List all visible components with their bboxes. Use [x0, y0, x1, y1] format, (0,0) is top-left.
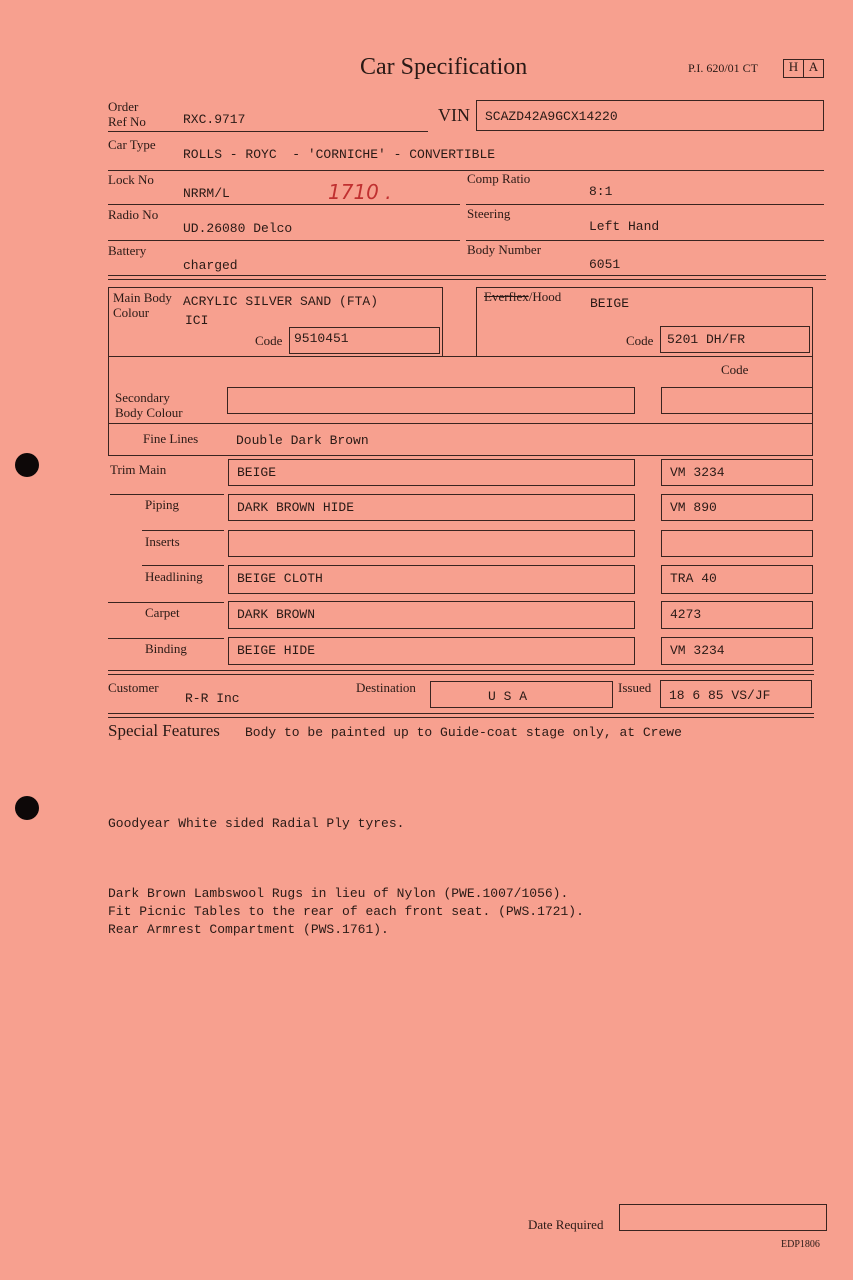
hood-code-field: 5201 DH/FR — [660, 326, 810, 353]
double-divider — [108, 670, 814, 675]
hood-code-value: 5201 DH/FR — [667, 332, 745, 347]
divider — [108, 204, 460, 205]
divider — [108, 170, 824, 171]
trim-code: 4273 — [670, 607, 701, 622]
comp-ratio-label: Comp Ratio — [467, 172, 530, 187]
form-reference: P.I. 620/01 CT — [688, 62, 758, 76]
trim-code-field: VM 890 — [661, 494, 813, 521]
trim-value-field: BEIGE — [228, 459, 635, 486]
double-divider — [108, 713, 814, 718]
trim-value-field: BEIGE CLOTH — [228, 565, 635, 594]
steering-label: Steering — [467, 207, 510, 222]
trim-value-field — [228, 530, 635, 557]
battery-value: charged — [183, 258, 238, 273]
car-type-value: ROLLS - ROYC - 'CORNICHE' - CONVERTIBLE — [183, 147, 495, 162]
main-body-value: ACRYLIC SILVER SAND (FTA) — [183, 294, 378, 309]
secondary-colour-field — [227, 387, 635, 414]
trim-code: VM 890 — [670, 500, 717, 515]
issued-value: 18 6 85 VS/JF — [669, 688, 770, 703]
hood-value: BEIGE — [590, 296, 629, 311]
trim-row-label: Headlining — [145, 570, 203, 585]
divider — [142, 530, 224, 531]
punch-hole — [15, 796, 39, 820]
main-body-label: Main Body Colour — [113, 291, 172, 321]
ref-box: H A — [783, 59, 824, 78]
hood-label: Everflex/Hood — [484, 290, 561, 305]
ref-box-cell: H — [784, 60, 804, 77]
hood-label-struck: Everflex — [484, 289, 529, 304]
body-number-label: Body Number — [467, 243, 541, 258]
trim-code-field: VM 3234 — [661, 637, 813, 665]
main-body-supplier: ICI — [185, 313, 208, 328]
double-divider — [108, 275, 826, 280]
special-feature-line: Dark Brown Lambswool Rugs in lieu of Nyl… — [108, 886, 568, 901]
trim-code-field: TRA 40 — [661, 565, 813, 594]
trim-value: BEIGE — [237, 465, 276, 480]
divider — [108, 638, 224, 639]
trim-code: VM 3234 — [670, 465, 725, 480]
punch-hole — [15, 453, 39, 477]
issued-field: 18 6 85 VS/JF — [660, 680, 812, 708]
radio-no-value: UD.26080 Delco — [183, 221, 292, 236]
divider — [108, 240, 460, 241]
lock-no-handwritten: 1710 . — [328, 180, 392, 204]
trim-code-field — [661, 530, 813, 557]
special-features-label: Special Features — [108, 721, 220, 741]
trim-row-label: Trim Main — [110, 463, 166, 478]
date-required-field — [619, 1204, 827, 1231]
fine-lines-value: Double Dark Brown — [236, 433, 369, 448]
order-ref-label: Order Ref No — [108, 100, 146, 130]
destination-value: U S A — [488, 689, 527, 704]
customer-label: Customer — [108, 681, 159, 696]
trim-row-label: Inserts — [145, 535, 180, 550]
trim-code: VM 3234 — [670, 643, 725, 658]
divider — [466, 240, 824, 241]
vin-field: SCAZD42A9GCX14220 — [476, 100, 824, 131]
trim-value: DARK BROWN — [237, 607, 315, 622]
vin-value: SCAZD42A9GCX14220 — [485, 109, 618, 124]
special-feature-line: Body to be painted up to Guide-coat stag… — [245, 725, 682, 740]
trim-row-label: Piping — [145, 498, 179, 513]
secondary-code-field — [661, 387, 813, 414]
page-title: Car Specification — [360, 54, 527, 82]
vin-label: VIN — [438, 105, 470, 126]
trim-code-field: 4273 — [661, 601, 813, 629]
main-code-value: 9510451 — [294, 331, 349, 346]
battery-label: Battery — [108, 244, 146, 259]
fine-lines-label: Fine Lines — [143, 432, 198, 447]
car-type-label: Car Type — [108, 138, 156, 153]
form-code: EDP1806 — [781, 1239, 820, 1251]
hood-code-label: Code — [626, 334, 653, 349]
trim-value-field: BEIGE HIDE — [228, 637, 635, 665]
trim-row-label: Carpet — [145, 606, 180, 621]
divider — [108, 602, 224, 603]
body-number-value: 6051 — [589, 257, 620, 272]
trim-value-field: DARK BROWN — [228, 601, 635, 629]
special-feature-line: Fit Picnic Tables to the rear of each fr… — [108, 904, 584, 919]
secondary-code-header: Code — [721, 363, 748, 378]
secondary-label: Secondary Body Colour — [115, 391, 183, 421]
divider — [108, 131, 428, 132]
divider — [110, 494, 224, 495]
lock-no-label: Lock No — [108, 173, 154, 188]
destination-field: U S A — [430, 681, 613, 708]
steering-value: Left Hand — [589, 219, 659, 234]
radio-no-label: Radio No — [108, 208, 158, 223]
destination-label: Destination — [356, 681, 416, 696]
special-feature-line: Rear Armrest Compartment (PWS.1761). — [108, 922, 389, 937]
trim-code: TRA 40 — [670, 571, 717, 586]
trim-value: BEIGE CLOTH — [237, 571, 323, 586]
order-ref-value: RXC.9717 — [183, 112, 245, 127]
comp-ratio-value: 8:1 — [589, 184, 612, 199]
trim-value: BEIGE HIDE — [237, 643, 315, 658]
customer-value: R-R Inc — [185, 691, 240, 706]
special-feature-line: Goodyear White sided Radial Ply tyres. — [108, 816, 404, 831]
date-required-label: Date Required — [528, 1218, 603, 1233]
divider — [108, 423, 813, 424]
hood-label-text: /Hood — [529, 289, 562, 304]
divider — [466, 204, 824, 205]
trim-row-label: Binding — [145, 642, 187, 657]
divider — [142, 565, 224, 566]
ref-box-cell: A — [804, 60, 823, 77]
trim-code-field: VM 3234 — [661, 459, 813, 486]
main-code-field: 9510451 — [289, 327, 440, 354]
main-code-label: Code — [255, 334, 282, 349]
lock-no-value: NRRM/L — [183, 186, 230, 201]
trim-value-field: DARK BROWN HIDE — [228, 494, 635, 521]
issued-label: Issued — [618, 681, 651, 696]
trim-value: DARK BROWN HIDE — [237, 500, 354, 515]
